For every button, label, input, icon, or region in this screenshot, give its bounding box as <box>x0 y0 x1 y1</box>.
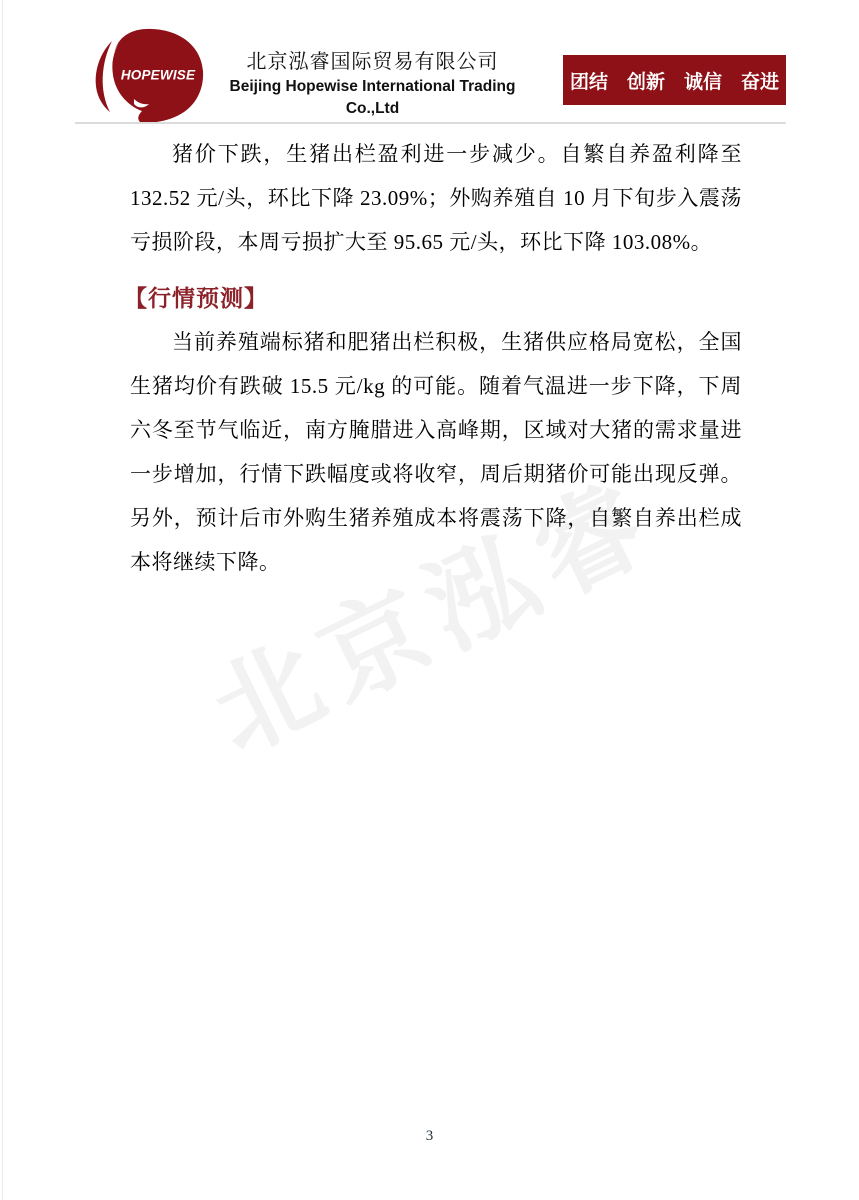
page-number: 3 <box>426 1128 434 1144</box>
company-name-en: Beijing Hopewise International Trading C… <box>205 76 540 120</box>
company-logo: HOPEWISE <box>88 27 206 122</box>
company-titles: 北京泓睿国际贸易有限公司 Beijing Hopewise Internatio… <box>205 49 540 120</box>
paragraph-market-forecast: 当前养殖端标猪和肥猪出栏积极，生猪供应格局宽松，全国生猪均价有跌破 15.5 元… <box>130 320 742 584</box>
logo-wordmark: HOPEWISE <box>121 68 196 83</box>
section-title-market-forecast: 【行情预测】 <box>124 282 742 316</box>
hopewise-globe-icon: HOPEWISE <box>88 27 206 122</box>
motto-banner: 团结 创新 诚信 奋进 <box>563 55 786 105</box>
document-body: 猪价下跌，生猪出栏盈利进一步减少。自繁自养盈利降至 132.52 元/头，环比下… <box>130 132 742 584</box>
document-page: HOPEWISE 北京泓睿国际贸易有限公司 Beijing Hopewise I… <box>0 0 859 1200</box>
paragraph-hog-profit: 猪价下跌，生猪出栏盈利进一步减少。自繁自养盈利降至 132.52 元/头，环比下… <box>130 132 742 264</box>
header-divider <box>75 122 786 124</box>
page-footer: 3 <box>0 1128 859 1145</box>
page-left-edge <box>2 0 3 1200</box>
company-name-zh: 北京泓睿国际贸易有限公司 <box>205 49 540 76</box>
